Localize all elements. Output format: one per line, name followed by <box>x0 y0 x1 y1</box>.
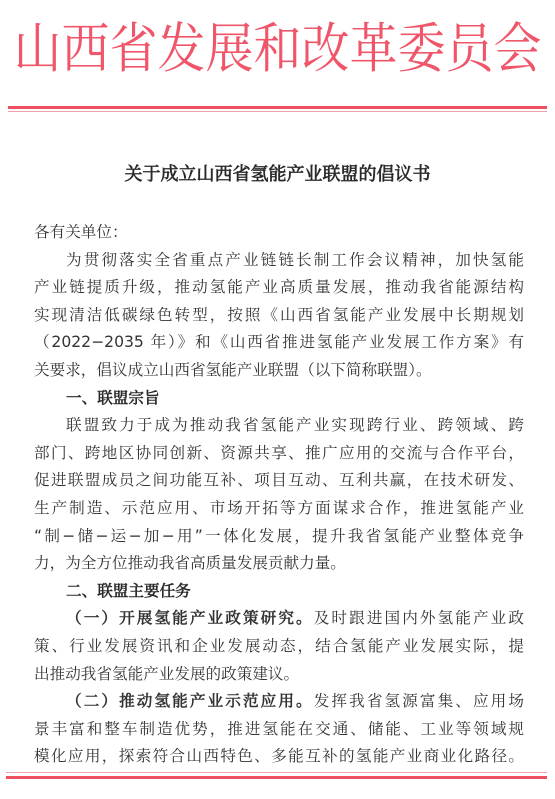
footer-rule-thick <box>6 776 547 779</box>
task-2-line: 景丰富和整车制造优势，推进氢能在交通、储能、工业等领域规 <box>34 716 524 744</box>
section-heading-tasks: 二、联盟主要任务 <box>34 578 524 606</box>
purpose-line: “制−储−运−加−用”一体化发展，提升我省氢能产业整体竞争 <box>34 523 524 551</box>
intro-line: 实现清洁低碳绿色转型，按照《山西省氢能产业发展中长期规划 <box>34 302 524 330</box>
task-2-text: 发挥我省氢源富集、应用场 <box>314 692 524 710</box>
intro-line: 关要求，倡议成立山西省氢能产业联盟（以下简称联盟）。 <box>34 357 524 385</box>
document-body: 各有关单位： 为贯彻落实全省重点产业链链长制工作会议精神，加快氢能 产业链提质升… <box>34 219 524 771</box>
purpose-line: 生产制造、示范应用、市场开拓等方面谋求合作，推进氢能产业 <box>34 495 524 523</box>
purpose-line: 联盟致力于成为推动我省氢能产业实现跨行业、跨领域、跨 <box>34 412 524 440</box>
masthead: 山西省发展和改革委员会 <box>0 18 555 80</box>
document-title: 关于成立山西省氢能产业联盟的倡议书 <box>0 160 555 186</box>
task-2-title: （二）推动氢能产业示范应用。 <box>66 692 314 710</box>
masthead-rule-thin <box>8 111 547 112</box>
intro-line: 产业链提质升级，推动氢能产业高质量发展，推动我省能源结构 <box>34 274 524 302</box>
task-2-first-line: （二）推动氢能产业示范应用。发挥我省氢源富集、应用场 <box>34 688 524 716</box>
task-2-line: 模化应用，探索符合山西特色、多能互补的氢能产业商业化路径。 <box>34 743 524 771</box>
task-1-title: （一）开展氢能产业政策研究。 <box>66 609 314 627</box>
purpose-line: 力，为全方位推动我省高质量发展贡献力量。 <box>34 550 524 578</box>
salutation: 各有关单位： <box>34 219 524 247</box>
footer-rule-thin <box>6 772 547 773</box>
section-heading-purpose: 一、联盟宗旨 <box>34 385 524 413</box>
masthead-org-name: 山西省发展和改革委员会 <box>13 14 541 83</box>
purpose-line: 促进联盟成员之间功能互补、项目互动、互利共赢，在技术研发、 <box>34 467 524 495</box>
task-1-line: 出推动我省氢能产业发展的政策建议。 <box>34 661 524 689</box>
masthead-rule-thick <box>8 106 547 109</box>
task-1-first-line: （一）开展氢能产业政策研究。及时跟进国内外氢能产业政 <box>34 605 524 633</box>
task-1-text: 及时跟进国内外氢能产业政 <box>314 609 524 627</box>
task-1-line: 策、行业发展资讯和企业发展动态，结合氢能产业发展实际，提 <box>34 633 524 661</box>
purpose-line: 部门、跨地区协同创新、资源共享、推广应用的交流与合作平台， <box>34 440 524 468</box>
intro-line: 为贯彻落实全省重点产业链链长制工作会议精神，加快氢能 <box>34 247 524 275</box>
intro-line: （2022−2035 年）》和《山西省推进氢能产业发展工作方案》有 <box>34 329 524 357</box>
